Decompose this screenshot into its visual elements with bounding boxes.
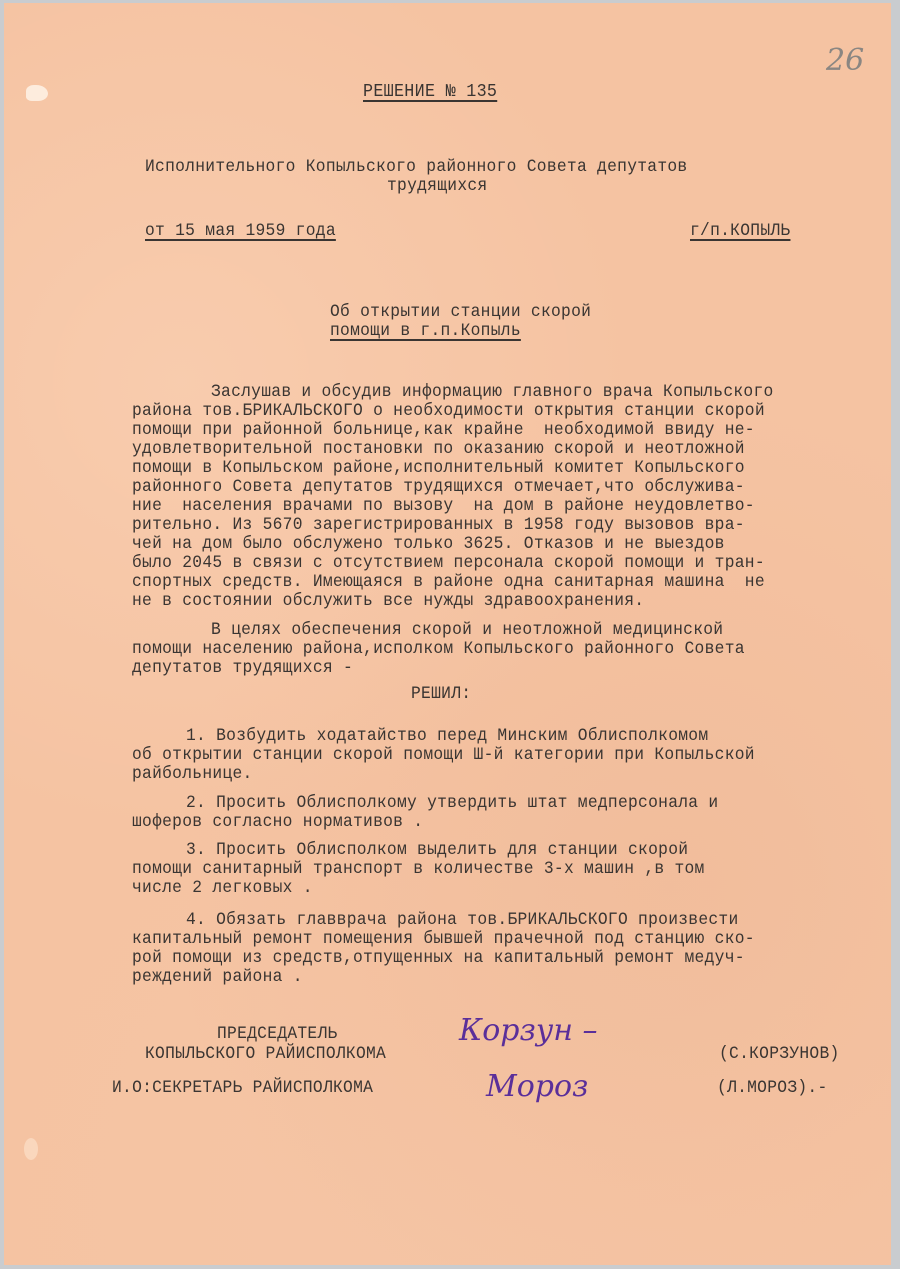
text-line: чей на дом было обслужено только 3625. О…	[132, 535, 725, 554]
issuer-line-2: трудящихся	[387, 177, 487, 196]
text-line: числе 2 легковых .	[132, 879, 313, 898]
document-title: РЕШЕНИЕ № 135	[363, 83, 497, 102]
chair-title-line-2: КОПЫЛЬСКОГО РАЙИСПОЛКОМА	[145, 1045, 386, 1064]
text-line: рительно. Из 5670 зарегистрированных в 1…	[132, 516, 745, 535]
text-line: 3. Просить Облисполком выделить для стан…	[186, 841, 688, 860]
document-place: г/п.КОПЫЛЬ	[690, 222, 790, 241]
chair-signature: Корзун –	[459, 1013, 598, 1048]
text-line: было 2045 в связи с отсутствием персонал…	[132, 554, 765, 573]
document-date: от 15 мая 1959 года	[145, 222, 336, 241]
text-line: ние населения врачами по вызову на дом в…	[132, 497, 755, 516]
text-line: 1. Возбудить ходатайство перед Минским О…	[186, 727, 708, 746]
paper-stain	[24, 1138, 38, 1160]
issuer-line-1: Исполнительного Копыльского районного Со…	[145, 158, 687, 177]
secretary-title: И.О:СЕКРЕТАРЬ РАЙИСПОЛКОМА	[112, 1079, 373, 1098]
text-line: райбольнице.	[132, 765, 253, 784]
subject-line-1: Об открытии станции скорой	[330, 303, 591, 322]
text-line: рой помощи из средств,отпущенных на капи…	[132, 949, 745, 968]
text-line: спортных средств. Имеющаяся в районе одн…	[132, 573, 765, 592]
chair-name: (С.КОРЗУНОВ)	[719, 1045, 840, 1064]
text-line: не в состоянии обслужить все нужды здрав…	[132, 592, 644, 611]
text-line: В целях обеспечения скорой и неотложной …	[211, 621, 723, 640]
text-line: района тов.БРИКАЛЬСКОГО о необходимости …	[132, 402, 765, 421]
text-line: районного Совета депутатов трудящихся от…	[132, 478, 745, 497]
text-line: помощи в Копыльском районе,исполнительны…	[132, 459, 745, 478]
text-line: 2. Просить Облисполкому утвердить штат м…	[186, 794, 718, 813]
text-line: реждений района .	[132, 968, 303, 987]
text-line: Заслушав и обсудив информацию главного в…	[211, 383, 774, 402]
text-line: помощи населению района,исполком Копыльс…	[132, 640, 745, 659]
document-page: 26 РЕШЕНИЕ № 135 Исполнительного Копыльс…	[4, 3, 891, 1265]
text-line: 4. Обязать главврача района тов.БРИКАЛЬС…	[186, 911, 739, 930]
paper-stain	[26, 85, 48, 101]
text-line: помощи санитарный транспорт в количестве…	[132, 860, 705, 879]
text-line: депутатов трудящихся -	[132, 659, 353, 678]
subject-line-2: помощи в г.п.Копыль	[330, 322, 521, 341]
text-line: об открытии станции скорой помощи Ш-й ка…	[132, 746, 755, 765]
chair-title-line-1: ПРЕДСЕДАТЕЛЬ	[217, 1025, 338, 1044]
resolved-heading: РЕШИЛ:	[411, 685, 471, 704]
secretary-signature: Мороз	[486, 1069, 588, 1104]
archive-page-number: 26	[826, 43, 864, 78]
text-line: удовлетворительной постановки по оказани…	[132, 440, 745, 459]
text-line: капитальный ремонт помещения бывшей прач…	[132, 930, 755, 949]
secretary-name: (Л.МОРОЗ).-	[717, 1079, 828, 1098]
text-line: шоферов согласно нормативов .	[132, 813, 423, 832]
text-line: помощи при районной больнице,как крайне …	[132, 421, 755, 440]
